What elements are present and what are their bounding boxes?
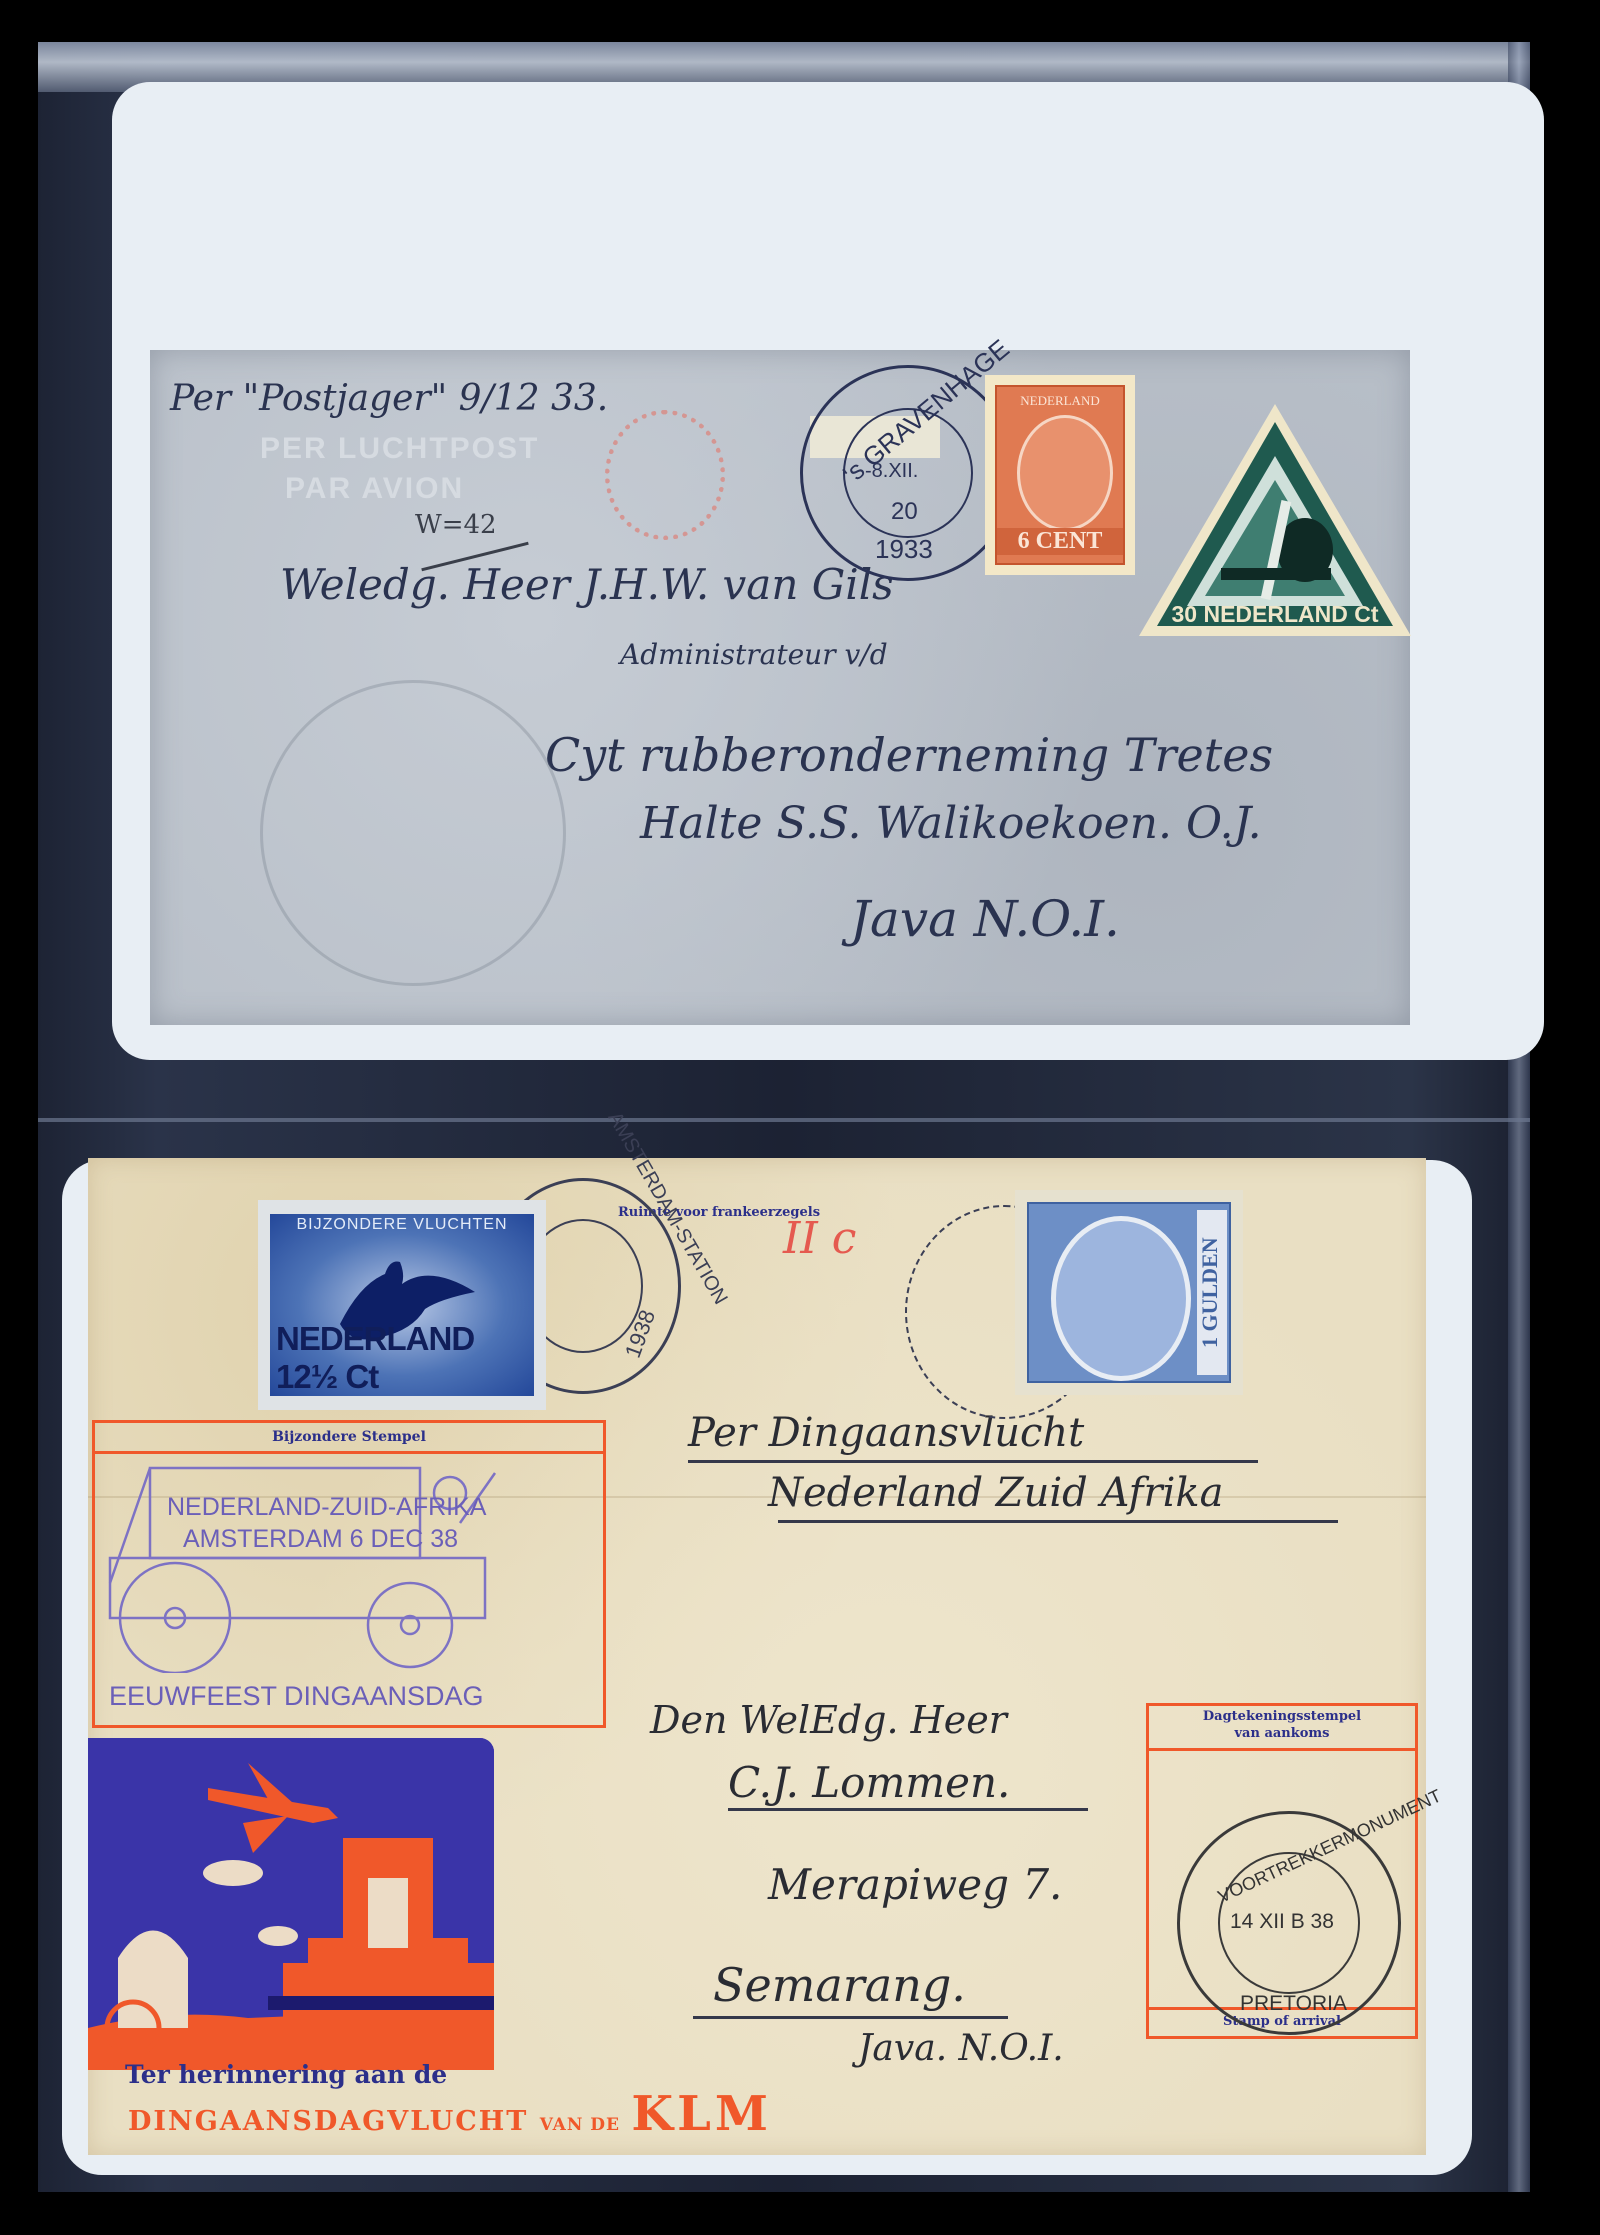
ghost-postmark	[260, 680, 566, 986]
postmark-den-haag: 's GRAVENHAGE -8.XII. 20 1933	[800, 365, 1016, 581]
red-mark: II c	[783, 1213, 856, 1264]
red-cachet	[605, 410, 725, 540]
svg-text:30 NEDERLAND Ct: 30 NEDERLAND Ct	[1171, 601, 1378, 627]
routing-line-2: Nederland Zuid Afrika	[768, 1470, 1223, 1516]
arrival-stamp-box: Dagtekeningsstempel van aankoms Stamp of…	[1146, 1703, 1418, 2039]
stamp-12-half-ct: BIJZONDERE VLUCHTEN NEDERLAND 12½ Ct	[258, 1200, 546, 1410]
special-cancel-box: Bijzondere Stempel NEDERLAND-ZUID-AFRIKA…	[92, 1420, 606, 1728]
postmark-pretoria: VOORTREKKERMONUMENT 14 XII B 38 PRETORIA	[1177, 1811, 1401, 2035]
klm-illustration	[88, 1738, 494, 2070]
sleeve-divider	[38, 1118, 1530, 1122]
airmail-label-1: PER LUCHTPOST	[260, 432, 539, 466]
airmail-label-2: PAR AVION	[285, 472, 464, 506]
address-line-5: Java. N.O.I.	[858, 2028, 1064, 2069]
address-line-3: Cyt rubberonderneming Tretes	[545, 728, 1273, 782]
address-line-2: Administrateur v/d	[620, 638, 888, 671]
address-line-1: Weledg. Heer J.H.W. van Gils	[280, 560, 894, 609]
address-line-4: Halte S.S. Walikoekoen. O.J.	[640, 798, 1262, 849]
stamp-6-cent: NEDERLAND 6 CENT	[985, 375, 1135, 575]
queen-portrait-icon	[1017, 415, 1113, 531]
cancel-footer: EEUWFEEST DINGAANSDAG	[109, 1681, 484, 1712]
address-line-5: Java N.O.I.	[850, 890, 1120, 948]
cancel-line-2: AMSTERDAM 6 DEC 38	[183, 1525, 458, 1554]
stamp-1-gulden: 1 GULDEN	[1015, 1190, 1243, 1395]
pencil-note: W=42	[415, 510, 497, 540]
commemorative-line-1: Ter herinnering aan de	[125, 2060, 447, 2089]
commemorative-line-2: DINGAANSDAGVLUCHT VAN DE KLM	[128, 2086, 772, 2142]
klm-logo: KLM	[631, 2086, 772, 2142]
stamp-30-ct-triangle: 30 NEDERLAND Ct	[1135, 400, 1415, 640]
stamp-country-value: NEDERLAND 12½ Ct	[276, 1320, 534, 1396]
queen-portrait-icon	[1051, 1216, 1191, 1381]
cancel-line-1: NEDERLAND-ZUID-AFRIKA	[167, 1493, 486, 1522]
address-line-4: Semarang.	[713, 1958, 966, 2012]
address-line-2: C.J. Lommen.	[728, 1758, 1010, 1807]
routing-line-1: Per Dingaansvlucht	[688, 1410, 1084, 1456]
address-line-3: Merapiweg 7.	[768, 1860, 1062, 1909]
address-line-1: Den WelEdg. Heer	[650, 1698, 1007, 1742]
routing-note: Per "Postjager" 9/12 33.	[170, 378, 608, 419]
